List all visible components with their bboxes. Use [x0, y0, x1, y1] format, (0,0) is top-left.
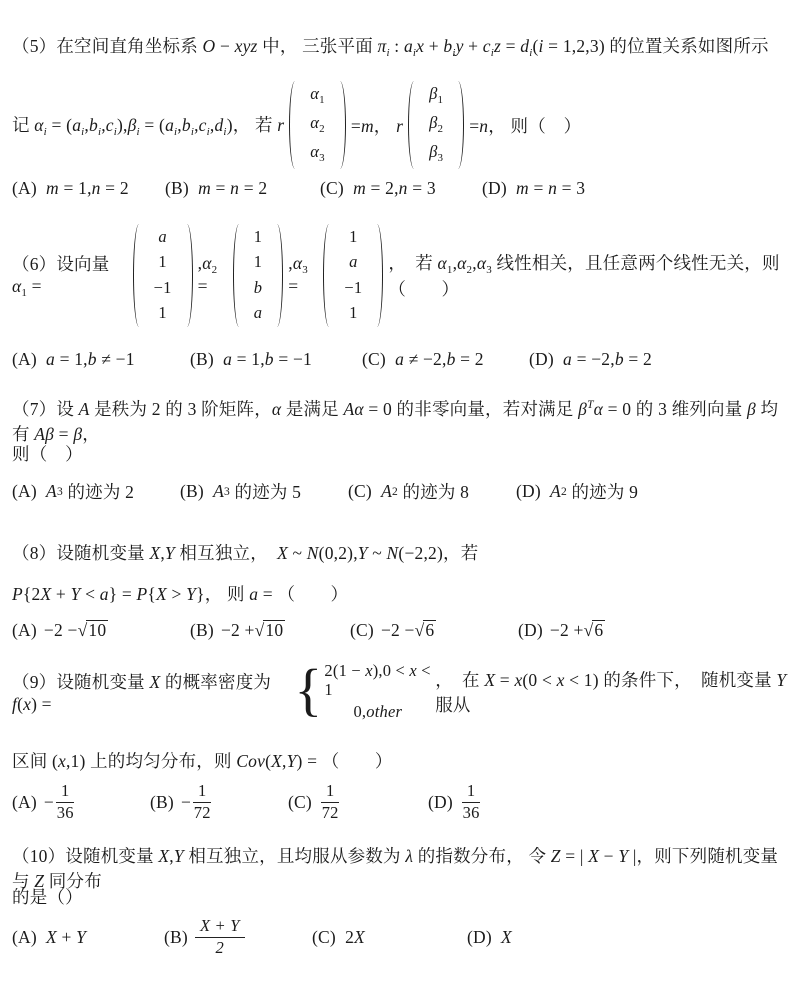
left-paren [323, 224, 335, 327]
q9-statement-line2: 区间 (x,1) 上的均匀分布，则 Cov(X,Y) = （ ） [12, 748, 794, 773]
q7-option-c: (C) A2 的迹为 8 [348, 479, 516, 504]
q6-post: ， 若 α1,α2,α3 线性相关，且任意两个线性无关，则（ ） [388, 250, 794, 301]
q6-statement: （6）设向量 α1 = a1−11 ,α2 = 11ba ,α3 = 1a−11… [12, 213, 794, 337]
exam-document-page: （5）在空间直角坐标系 O − xyz 中， 三张平面 πi : aix + b… [0, 0, 800, 981]
q8-option-d: (D) −2 + 6 [518, 620, 605, 641]
q8-option-a: (A) −2 − 10 [12, 620, 190, 641]
sqrt-radical: 6 [415, 620, 437, 641]
q10-option-c: (C) 2X [312, 927, 467, 948]
curly-brace [294, 664, 322, 716]
q5-formula-line: 记 αi = (ai,bi,ci),βi = (ai,bi,ci,di)， 若 … [12, 80, 794, 170]
q7-statement-line1: （7）设 A 是秩为 2 的 3 阶矩阵，α 是满足 Aα = 0 的非零向量，… [12, 396, 794, 446]
q6-vector-3: 1a−11 [323, 224, 383, 327]
sqrt-radical: 10 [255, 620, 286, 641]
sqrt-radical: 6 [584, 620, 606, 641]
q5-beta-matrix: β1β2β3 [408, 81, 464, 169]
vector-entry: 1 [158, 305, 166, 322]
q6-options: (A) a = 1,b ≠ −1 (B) a = 1,b = −1 (C) a … [12, 349, 794, 370]
q7-option-a: (A) A3 的迹为 2 [12, 479, 180, 504]
right-paren [371, 224, 383, 327]
right-paren [271, 224, 283, 327]
q6-mid-1: ,α2 = [198, 253, 228, 297]
q10-option-d: (D) X [467, 927, 512, 948]
q10-options: (A) X + Y (B) X + Y2 (C) 2X (D) X [12, 908, 794, 966]
vector-entry: 1 [349, 305, 357, 322]
q5-options: (A) m = 1,n = 2 (B) m = n = 2 (C) m = 2,… [12, 178, 794, 199]
q6-option-a: (A) a = 1,b ≠ −1 [12, 349, 190, 370]
piecewise-case-1: 2(1 − x),0 < x < 1 [324, 662, 431, 700]
vector-entry: a [349, 254, 357, 271]
q10-option-a: (A) X + Y [12, 927, 164, 948]
q6-option-c: (C) a ≠ −2,b = 2 [362, 349, 529, 370]
q5-option-c: (C) m = 2,n = 3 [320, 178, 482, 199]
q8-option-c: (C) −2 − 6 [350, 620, 518, 641]
q7-options: (A) A3 的迹为 2 (B) A3 的迹为 5 (C) A2 的迹为 8 (… [12, 479, 794, 504]
vector-entry: 1 [254, 254, 262, 271]
q7-option-b: (B) A3 的迹为 5 [180, 479, 348, 504]
fraction: 172 [193, 782, 211, 823]
right-paren [452, 81, 464, 169]
q9-statement: （9）设随机变量 X 的概率密度为 f(x) = 2(1 − x),0 < x … [12, 661, 794, 723]
left-paren [233, 224, 245, 327]
q6-vector-1: a1−11 [133, 224, 193, 327]
left-paren [408, 81, 420, 169]
left-paren [133, 224, 145, 327]
vector-entry: −1 [154, 280, 172, 297]
vector-entry: β1 [429, 86, 443, 106]
q8-statement-line1: （8）设随机变量 X,Y 相互独立， X ~ N(0,2),Y ~ N(−2,2… [12, 540, 794, 565]
q9-option-a: (A) − 136 [12, 782, 150, 823]
q6-vector-2: 11ba [233, 224, 283, 327]
q8-statement-line2: P{2X + Y < a} = P{X > Y}， 则 a = （ ） [12, 581, 794, 606]
vector-entry: b [254, 280, 262, 297]
q5-formula-pre: 记 αi = (ai,bi,ci),βi = (ai,bi,ci,di)， 若 … [12, 112, 284, 138]
right-paren [334, 81, 346, 169]
vector-entry: −1 [344, 280, 362, 297]
q10-option-b: (B) X + Y2 [164, 917, 312, 958]
q6-pre: （6）设向量 α1 = [12, 251, 128, 299]
piecewise-case-2: 0,other [324, 703, 431, 722]
vector-entry: a [158, 229, 166, 246]
vector-entry: β2 [429, 115, 443, 135]
vector-entry: α2 [310, 115, 325, 135]
q9-post: ， 在 X = x(0 < x < 1) 的条件下， 随机变量 Y 服从 [435, 667, 794, 717]
vector-entry: a [254, 305, 262, 322]
q6-mid-2: ,α3 = [288, 253, 318, 297]
q5-formula-mid: =m， r [351, 113, 403, 138]
q9-option-d: (D) 136 [428, 782, 480, 823]
vector-entry: β3 [429, 144, 443, 164]
q5-option-d: (D) m = n = 3 [482, 178, 585, 199]
q7-option-d: (D) A2 的迹为 9 [516, 479, 638, 504]
vector-entry: 1 [349, 229, 357, 246]
q5-formula-post: =n， 则（ ） [469, 113, 581, 138]
q8-option-b: (B) −2 + 10 [190, 620, 350, 641]
q6-option-b: (B) a = 1,b = −1 [190, 349, 362, 370]
fraction: 136 [462, 782, 480, 823]
q10-statement-line2: 的是（） [12, 884, 794, 909]
q5-alpha-matrix: α1α2α3 [289, 81, 346, 169]
fraction: 136 [56, 782, 74, 823]
q7-statement-line2: 则（ ） [12, 441, 794, 466]
fraction: 172 [321, 782, 339, 823]
q5-option-a: (A) m = 1,n = 2 [12, 178, 165, 199]
q9-pre: （9）设随机变量 X 的概率密度为 f(x) = [12, 669, 290, 715]
q9-options: (A) − 136 (B) − 172 (C) 172 (D) 136 [12, 778, 794, 826]
fraction: X + Y2 [195, 917, 245, 958]
vector-entry: 1 [254, 229, 262, 246]
q8-options: (A) −2 − 10 (B) −2 + 10 (C) −2 − 6 (D) −… [12, 620, 794, 641]
vector-entry: α3 [310, 144, 325, 164]
q9-piecewise-density: 2(1 − x),0 < x < 1 0,other [294, 662, 431, 722]
vector-entry: 1 [158, 254, 166, 271]
right-paren [181, 224, 193, 327]
q9-option-b: (B) − 172 [150, 782, 288, 823]
q5-option-b: (B) m = n = 2 [165, 178, 320, 199]
q6-option-d: (D) a = −2,b = 2 [529, 349, 652, 370]
vector-entry: α1 [310, 86, 325, 106]
sqrt-radical: 10 [78, 620, 109, 641]
q9-option-c: (C) 172 [288, 782, 428, 823]
left-paren [289, 81, 301, 169]
q5-statement: （5）在空间直角坐标系 O − xyz 中， 三张平面 πi : aix + b… [12, 33, 794, 59]
